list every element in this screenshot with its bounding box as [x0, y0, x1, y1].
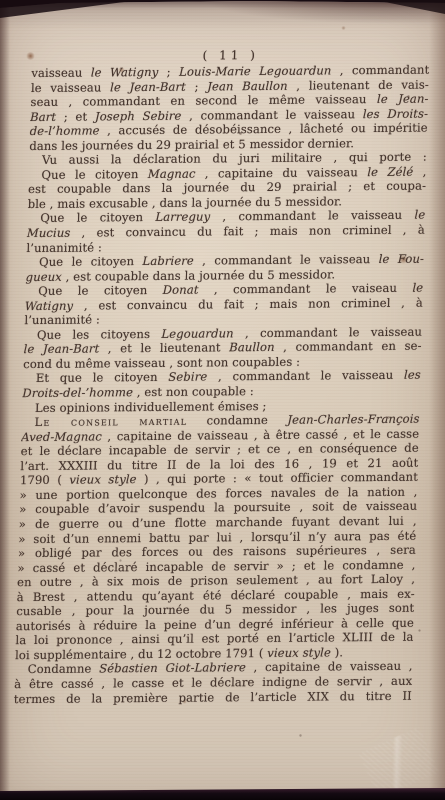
italic-text: Mucius	[27, 226, 71, 240]
italic-text: vieux style	[267, 645, 331, 660]
foxing-spot	[341, 26, 346, 30]
italic-text: le Jean-Bart	[110, 79, 186, 94]
body-text: , est non coupable :	[133, 384, 254, 399]
body-text: , commandant le vaisseau	[234, 324, 423, 340]
body-text: ; et	[56, 109, 95, 123]
italic-text: le Jean-	[377, 92, 429, 106]
italic-text: Louis-Marie Legouardun	[179, 63, 332, 78]
body-text: Que le citoyen	[41, 167, 148, 182]
body-text: Et que le citoyen	[36, 370, 169, 385]
italic-text: Sebire	[168, 370, 207, 384]
body-text: Que le citoyen	[40, 210, 156, 225]
italic-text: Legouardun	[161, 326, 234, 341]
book-page: ( 11 ) vaisseau le Watigny ; Louis-Marie…	[0, 0, 445, 800]
body-text: Les opinions individuellement émises ;	[35, 399, 267, 415]
italic-text: le Watigny	[91, 65, 159, 80]
italic-text: le	[412, 281, 423, 295]
italic-text: Donat	[163, 283, 199, 297]
body-text: , commandant le vaisseau	[207, 368, 404, 384]
body-text: , est convaincu du fait ; mais non crimi…	[73, 295, 423, 312]
italic-text: le	[414, 208, 425, 222]
italic-text: Labriere	[142, 254, 194, 268]
italic-text: le Fou-	[379, 252, 425, 266]
italic-text: Larreguy	[155, 210, 210, 224]
body-text: Que le citoyen	[38, 283, 163, 298]
body-text: , et le lieutenant	[99, 341, 229, 356]
body-text: l’unanimité :	[26, 240, 102, 255]
italic-text: Baullon	[229, 340, 275, 354]
body-text: la loi prononce , ainsi qu’il est porté …	[15, 630, 413, 647]
body-text: , accusés de désobéissance , lâcheté ou …	[99, 121, 427, 138]
italic-text: Watigny	[25, 298, 74, 312]
body-text: ,	[413, 164, 427, 178]
body-text: termes de la première partie de l’articl…	[14, 688, 412, 705]
italic-text: Joseph Sebire	[95, 108, 182, 123]
body-text: vaisseau	[31, 65, 91, 80]
italic-text: gueux	[25, 269, 62, 283]
body-text: loi supplémentaire , du 12 octobre 1791 …	[15, 646, 268, 662]
italic-text: Bart	[30, 109, 56, 123]
body-text: condamne	[187, 413, 288, 428]
italic-text: le Jean-Bart	[23, 342, 99, 357]
body-text: ).	[331, 645, 344, 659]
text-line: termes de la première partie de l’articl…	[14, 688, 412, 706]
italic-text: Aved-Magnac	[21, 429, 102, 444]
italic-text: de-l’homme	[30, 124, 100, 139]
italic-text: Jean Baullon	[207, 78, 288, 93]
body-text: Que les citoyens	[37, 327, 162, 342]
body-text: , commandant le vaisseau	[181, 107, 363, 123]
body-text: ;	[186, 79, 208, 93]
photo-background: ( 11 ) vaisseau le Watigny ; Louis-Marie…	[0, 0, 445, 800]
body-text: , commandant le vaisseau	[210, 208, 415, 224]
body-text: 1790 (	[20, 473, 70, 487]
body-text: , commandant le vaisseau	[194, 252, 379, 268]
body-text: , lieutenant de vais-	[288, 77, 430, 92]
body-text: est coupable dans la journée du 29 prair…	[28, 179, 426, 196]
italic-text: les Droits-	[363, 106, 429, 121]
italic-text: vieux style	[69, 472, 137, 487]
page-shadow-right	[429, 0, 445, 800]
italic-text: Jean-Charles-François	[287, 412, 420, 427]
italic-text: Droits-del-’homme	[22, 385, 133, 400]
italic-text: les	[404, 368, 421, 382]
text-block: ( 11 ) vaisseau le Watigny ; Louis-Marie…	[14, 47, 430, 707]
body-text: , commandant en se-	[274, 339, 421, 354]
page-shadow-left	[0, 0, 10, 800]
italic-text: le Zélé	[367, 165, 413, 179]
italic-text: Magnac	[148, 166, 196, 180]
italic-text: Sébastien Giot-Labriere	[99, 661, 246, 676]
body-text: ;	[158, 65, 179, 79]
smallcaps-text: Le conseil martial	[34, 414, 187, 429]
body-text: Condamne	[27, 662, 99, 677]
body-text: Que le citoyen	[39, 254, 143, 269]
body-text: , capitaine de vaisseau ,	[246, 659, 413, 674]
body-text: , commandant	[331, 63, 429, 78]
body-text: , commandant le vaiseau	[198, 281, 412, 297]
body-text: , capitaine du vaisseau	[195, 165, 367, 181]
body-text: , est convaincu du fait ; mais non crimi…	[70, 223, 425, 240]
body-text: le vaisseau	[31, 80, 111, 95]
body-text: l’unanimité :	[24, 313, 100, 328]
